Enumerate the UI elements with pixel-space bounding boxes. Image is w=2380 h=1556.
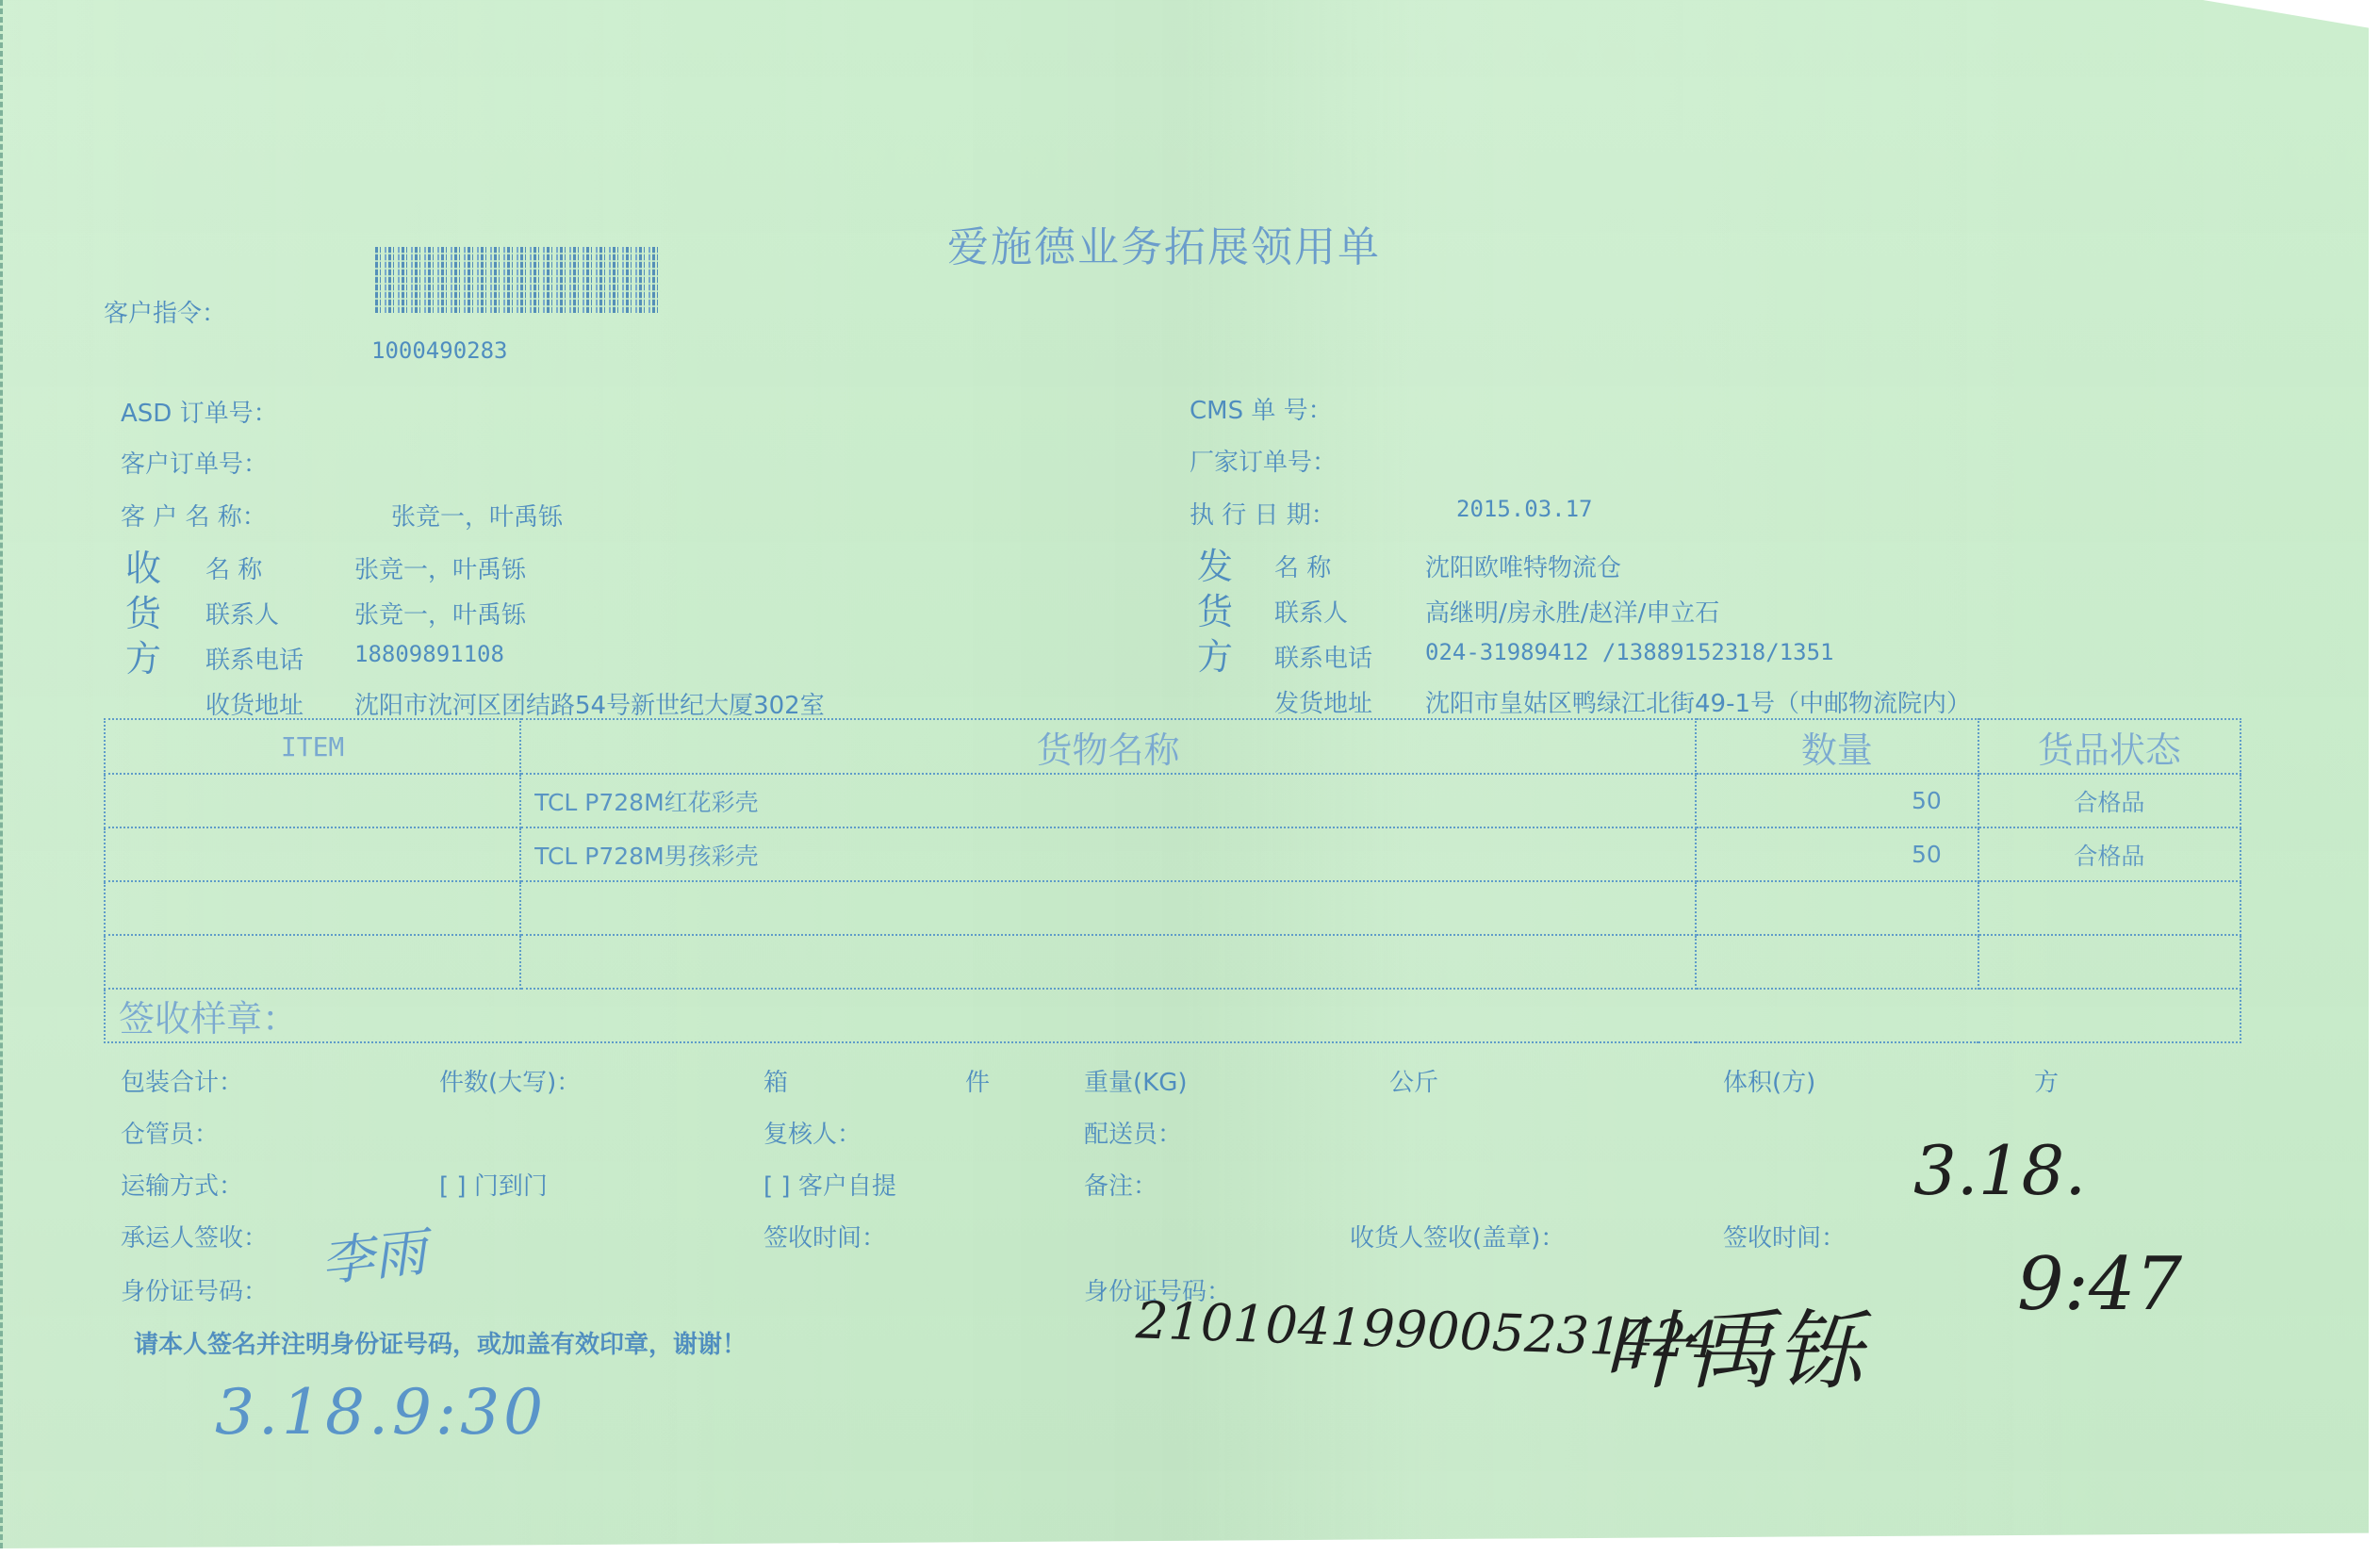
- volume-label: 体积(方): [1723, 1063, 1815, 1098]
- customer-name-label: 客 户 名 称：: [121, 498, 267, 532]
- cms-no-label: CMS 单 号：: [1190, 391, 1333, 426]
- transport-mode-label: 运输方式：: [121, 1167, 243, 1202]
- sender-side-1: 发: [1197, 537, 1233, 589]
- row-item: [105, 935, 520, 989]
- receiver-side-3: 方: [125, 630, 161, 681]
- row-status: 合格品: [1978, 827, 2240, 881]
- weight-label: 重量(KG): [1084, 1063, 1188, 1098]
- sender-contact: 高继明/房永胜/赵洋/申立石: [1425, 594, 1719, 629]
- sender-name: 沈阳欧唯特物流仓: [1425, 549, 1621, 583]
- sign-sample-row: 签收样章：: [105, 989, 2240, 1042]
- receiver-sign-date: 3.18.: [1913, 1131, 2086, 1210]
- receiver-sign-time: 9:47: [2017, 1242, 2182, 1327]
- row-status: [1978, 881, 2240, 935]
- row-item: [105, 774, 520, 827]
- box-label: 箱: [763, 1063, 788, 1098]
- row-goods-name: TCL P728M男孩彩壳: [520, 827, 1696, 881]
- receiver-address-label: 收货地址: [205, 686, 304, 721]
- document-title: 爱施德业务拓展领用单: [947, 213, 1381, 273]
- col-item: ITEM: [105, 719, 520, 774]
- row-goods-name: [520, 935, 1696, 989]
- customer-name-value: 张竞一，叶禹铄: [391, 498, 563, 532]
- receiver-sign-label: 收货人签收(盖章)：: [1350, 1219, 1565, 1253]
- receiver-signature: 叶禹铄: [1602, 1282, 1863, 1406]
- receiver-contact: 张竞一，叶禹铄: [354, 596, 526, 631]
- receiver-name: 张竞一，叶禹铄: [354, 550, 526, 585]
- receiver-phone: 18809891108: [354, 641, 504, 667]
- deliverer-label: 配送员：: [1084, 1115, 1182, 1150]
- receiver-name-label: 名 称: [205, 550, 262, 585]
- execute-date-value: 2015.03.17: [1456, 496, 1593, 522]
- factory-order-label: 厂家订单号：: [1190, 443, 1337, 478]
- id-no-left-label: 身份证号码：: [121, 1272, 268, 1307]
- row-quantity: [1696, 881, 1978, 935]
- carrier-signature: 李雨: [317, 1210, 430, 1296]
- door-to-door-checkbox[interactable]: [ ] 门到门: [439, 1167, 548, 1202]
- barcode-number: 1000490283: [371, 337, 508, 364]
- sender-phone-label: 联系电话: [1274, 639, 1372, 674]
- row-goods-name: [520, 881, 1696, 935]
- row-quantity: 50: [1696, 827, 1978, 881]
- row-quantity: [1696, 935, 1978, 989]
- row-item: [105, 827, 520, 881]
- receiver-side-2: 货: [125, 584, 161, 636]
- receiver-contact-label: 联系人: [205, 596, 279, 631]
- sign-sample-label: 签收样章：: [105, 989, 2240, 1042]
- sign-time-label: 签收时间：: [763, 1219, 886, 1253]
- carrier-sign-label: 承运人签收：: [121, 1219, 268, 1253]
- table-row: TCL P728M红花彩壳 50 合格品: [105, 774, 2240, 827]
- col-quantity: 数量: [1696, 719, 1978, 774]
- asd-order-label: ASD 订单号：: [121, 394, 278, 429]
- sender-contact-label: 联系人: [1274, 594, 1348, 629]
- sender-name-label: 名 称: [1274, 549, 1331, 583]
- receiver-phone-label: 联系电话: [205, 641, 304, 676]
- sender-phone: 024-31989412 /13889152318/1351: [1425, 639, 1833, 665]
- col-status: 货品状态: [1978, 719, 2240, 774]
- signature-notice: 请本人签名并注明身份证号码，或加盖有效印章，谢谢！: [134, 1325, 747, 1360]
- table-row: TCL P728M男孩彩壳 50 合格品: [105, 827, 2240, 881]
- cubic-label: 方: [2034, 1063, 2059, 1098]
- sender-side-3: 方: [1197, 628, 1233, 680]
- sender-address: 沈阳市皇姑区鸭绿江北街49-1号（中邮物流院内）: [1425, 684, 1971, 719]
- self-pickup-checkbox[interactable]: [ ] 客户自提: [763, 1167, 896, 1202]
- package-total-label: 包装合计：: [121, 1063, 243, 1098]
- goods-table: ITEM 货物名称 数量 货品状态 TCL P728M红花彩壳 50 合格品 T…: [104, 718, 2241, 1043]
- customer-instruction-label: 客户指令：: [104, 294, 226, 329]
- table-row: [105, 935, 2240, 989]
- barcode-icon: [375, 247, 661, 313]
- pieces-upper-label: 件数(大写)：: [439, 1063, 581, 1098]
- receiver-sign-time-label: 签收时间：: [1723, 1219, 1846, 1253]
- kg-label: 公斤: [1389, 1063, 1438, 1098]
- remark-label: 备注：: [1084, 1167, 1157, 1202]
- warehouse-keeper-label: 仓管员：: [121, 1115, 219, 1150]
- sender-address-label: 发货地址: [1274, 684, 1372, 719]
- row-quantity: 50: [1696, 774, 1978, 827]
- receiver-address: 沈阳市沈河区团结路54号新世纪大厦302室: [354, 686, 825, 721]
- receiver-side-1: 收: [125, 539, 161, 591]
- execute-date-label: 执 行 日 期：: [1190, 496, 1336, 531]
- customer-order-label: 客户订单号：: [121, 445, 268, 480]
- carrier-sign-time: 3.18.9:30: [215, 1376, 547, 1449]
- row-item: [105, 881, 520, 935]
- table-row: [105, 881, 2240, 935]
- row-goods-name: TCL P728M红花彩壳: [520, 774, 1696, 827]
- row-status: 合格品: [1978, 774, 2240, 827]
- sender-side-2: 货: [1197, 582, 1233, 634]
- checker-label: 复核人：: [763, 1115, 862, 1150]
- goods-table-header: ITEM 货物名称 数量 货品状态: [105, 719, 2240, 774]
- col-goods-name: 货物名称: [520, 719, 1696, 774]
- piece-label: 件: [965, 1063, 990, 1098]
- row-status: [1978, 935, 2240, 989]
